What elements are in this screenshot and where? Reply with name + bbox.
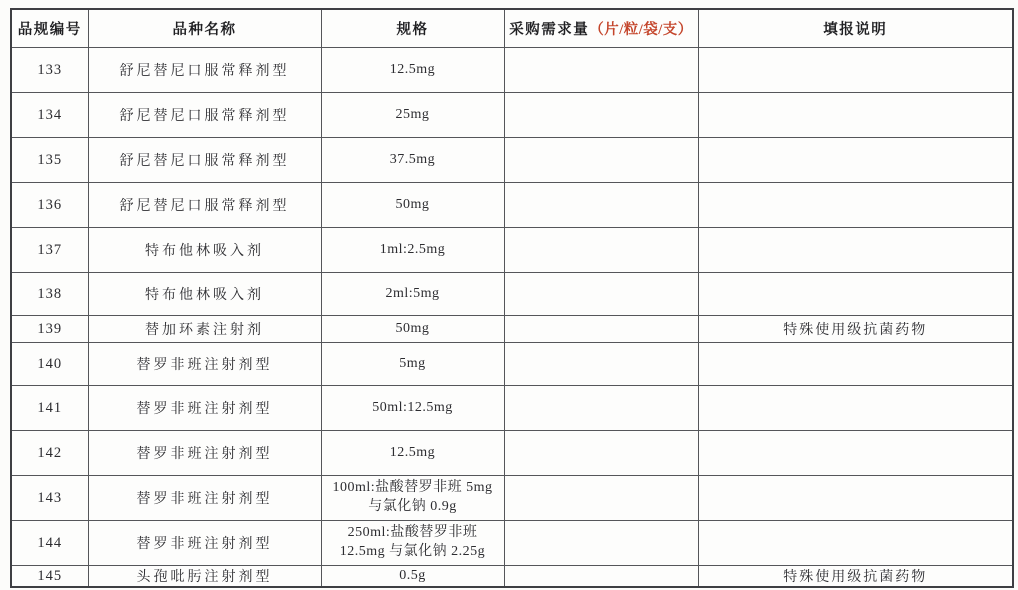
cell-demand bbox=[504, 183, 698, 228]
cell-spec: 5mg bbox=[321, 343, 504, 386]
cell-code: 139 bbox=[11, 316, 88, 343]
cell-name: 特布他林吸入剂 bbox=[88, 273, 321, 316]
cell-demand bbox=[504, 343, 698, 386]
col-header-code: 品规编号 bbox=[11, 9, 88, 48]
cell-spec: 0.5g bbox=[321, 566, 504, 588]
cell-note bbox=[698, 48, 1013, 93]
cell-demand bbox=[504, 521, 698, 566]
cell-name: 替罗非班注射剂型 bbox=[88, 476, 321, 521]
cell-spec: 37.5mg bbox=[321, 138, 504, 183]
cell-note: 特殊使用级抗菌药物 bbox=[698, 566, 1013, 588]
table-row: 137 特布他林吸入剂 1ml:2.5mg bbox=[11, 228, 1013, 273]
col-header-demand-unit: （片/粒/袋/支） bbox=[589, 22, 693, 38]
cell-note bbox=[698, 476, 1013, 521]
cell-code: 134 bbox=[11, 93, 88, 138]
cell-spec: 250ml:盐酸替罗非班 12.5mg 与氯化钠 2.25g bbox=[321, 521, 504, 566]
cell-demand bbox=[504, 273, 698, 316]
cell-code: 143 bbox=[11, 476, 88, 521]
table-row: 144 替罗非班注射剂型 250ml:盐酸替罗非班 12.5mg 与氯化钠 2.… bbox=[11, 521, 1013, 566]
cell-code: 136 bbox=[11, 183, 88, 228]
cell-spec: 12.5mg bbox=[321, 431, 504, 476]
table-row: 139 替加环素注射剂 50mg 特殊使用级抗菌药物 bbox=[11, 316, 1013, 343]
col-header-demand-label: 采购需求量 bbox=[509, 22, 589, 38]
cell-code: 138 bbox=[11, 273, 88, 316]
cell-code: 140 bbox=[11, 343, 88, 386]
cell-name: 舒尼替尼口服常释剂型 bbox=[88, 93, 321, 138]
cell-name: 替罗非班注射剂型 bbox=[88, 521, 321, 566]
cell-demand bbox=[504, 316, 698, 343]
cell-note bbox=[698, 343, 1013, 386]
procurement-table: 品规编号 品种名称 规格 采购需求量（片/粒/袋/支） 填报说明 133 舒尼替… bbox=[10, 8, 1014, 588]
cell-demand bbox=[504, 138, 698, 183]
cell-code: 137 bbox=[11, 228, 88, 273]
cell-demand bbox=[504, 386, 698, 431]
cell-name: 替罗非班注射剂型 bbox=[88, 343, 321, 386]
cell-spec: 50mg bbox=[321, 183, 504, 228]
col-header-demand: 采购需求量（片/粒/袋/支） bbox=[504, 9, 698, 48]
cell-note bbox=[698, 431, 1013, 476]
cell-code: 144 bbox=[11, 521, 88, 566]
cell-note bbox=[698, 183, 1013, 228]
cell-code: 141 bbox=[11, 386, 88, 431]
cell-name: 替罗非班注射剂型 bbox=[88, 386, 321, 431]
table-body: 133 舒尼替尼口服常释剂型 12.5mg 134 舒尼替尼口服常释剂型 25m… bbox=[11, 48, 1013, 588]
cell-name: 替加环素注射剂 bbox=[88, 316, 321, 343]
cell-spec: 12.5mg bbox=[321, 48, 504, 93]
cell-note: 特殊使用级抗菌药物 bbox=[698, 316, 1013, 343]
col-header-spec: 规格 bbox=[321, 9, 504, 48]
cell-note bbox=[698, 93, 1013, 138]
table-row: 142 替罗非班注射剂型 12.5mg bbox=[11, 431, 1013, 476]
cell-spec: 50ml:12.5mg bbox=[321, 386, 504, 431]
cell-demand bbox=[504, 48, 698, 93]
cell-demand bbox=[504, 431, 698, 476]
cell-demand bbox=[504, 566, 698, 588]
col-header-name: 品种名称 bbox=[88, 9, 321, 48]
cell-spec: 100ml:盐酸替罗非班 5mg 与氯化钠 0.9g bbox=[321, 476, 504, 521]
table-row: 141 替罗非班注射剂型 50ml:12.5mg bbox=[11, 386, 1013, 431]
table-row: 138 特布他林吸入剂 2ml:5mg bbox=[11, 273, 1013, 316]
cell-name: 替罗非班注射剂型 bbox=[88, 431, 321, 476]
cell-code: 145 bbox=[11, 566, 88, 588]
table-row: 135 舒尼替尼口服常释剂型 37.5mg bbox=[11, 138, 1013, 183]
table-row: 136 舒尼替尼口服常释剂型 50mg bbox=[11, 183, 1013, 228]
cell-name: 舒尼替尼口服常释剂型 bbox=[88, 138, 321, 183]
cell-spec: 25mg bbox=[321, 93, 504, 138]
cell-name: 舒尼替尼口服常释剂型 bbox=[88, 183, 321, 228]
col-header-note: 填报说明 bbox=[698, 9, 1013, 48]
cell-note bbox=[698, 386, 1013, 431]
table-row: 145 头孢吡肟注射剂型 0.5g 特殊使用级抗菌药物 bbox=[11, 566, 1013, 588]
cell-demand bbox=[504, 476, 698, 521]
cell-demand bbox=[504, 93, 698, 138]
cell-note bbox=[698, 521, 1013, 566]
cell-name: 头孢吡肟注射剂型 bbox=[88, 566, 321, 588]
cell-spec: 50mg bbox=[321, 316, 504, 343]
cell-code: 133 bbox=[11, 48, 88, 93]
table-row: 134 舒尼替尼口服常释剂型 25mg bbox=[11, 93, 1013, 138]
cell-note bbox=[698, 138, 1013, 183]
cell-code: 142 bbox=[11, 431, 88, 476]
table-row: 143 替罗非班注射剂型 100ml:盐酸替罗非班 5mg 与氯化钠 0.9g bbox=[11, 476, 1013, 521]
table-row: 140 替罗非班注射剂型 5mg bbox=[11, 343, 1013, 386]
cell-note bbox=[698, 228, 1013, 273]
scanned-document-page: 品规编号 品种名称 规格 采购需求量（片/粒/袋/支） 填报说明 133 舒尼替… bbox=[0, 0, 1018, 590]
cell-demand bbox=[504, 228, 698, 273]
cell-spec: 1ml:2.5mg bbox=[321, 228, 504, 273]
cell-note bbox=[698, 273, 1013, 316]
cell-code: 135 bbox=[11, 138, 88, 183]
cell-spec: 2ml:5mg bbox=[321, 273, 504, 316]
table-header-row: 品规编号 品种名称 规格 采购需求量（片/粒/袋/支） 填报说明 bbox=[11, 9, 1013, 48]
cell-name: 特布他林吸入剂 bbox=[88, 228, 321, 273]
table-row: 133 舒尼替尼口服常释剂型 12.5mg bbox=[11, 48, 1013, 93]
cell-name: 舒尼替尼口服常释剂型 bbox=[88, 48, 321, 93]
